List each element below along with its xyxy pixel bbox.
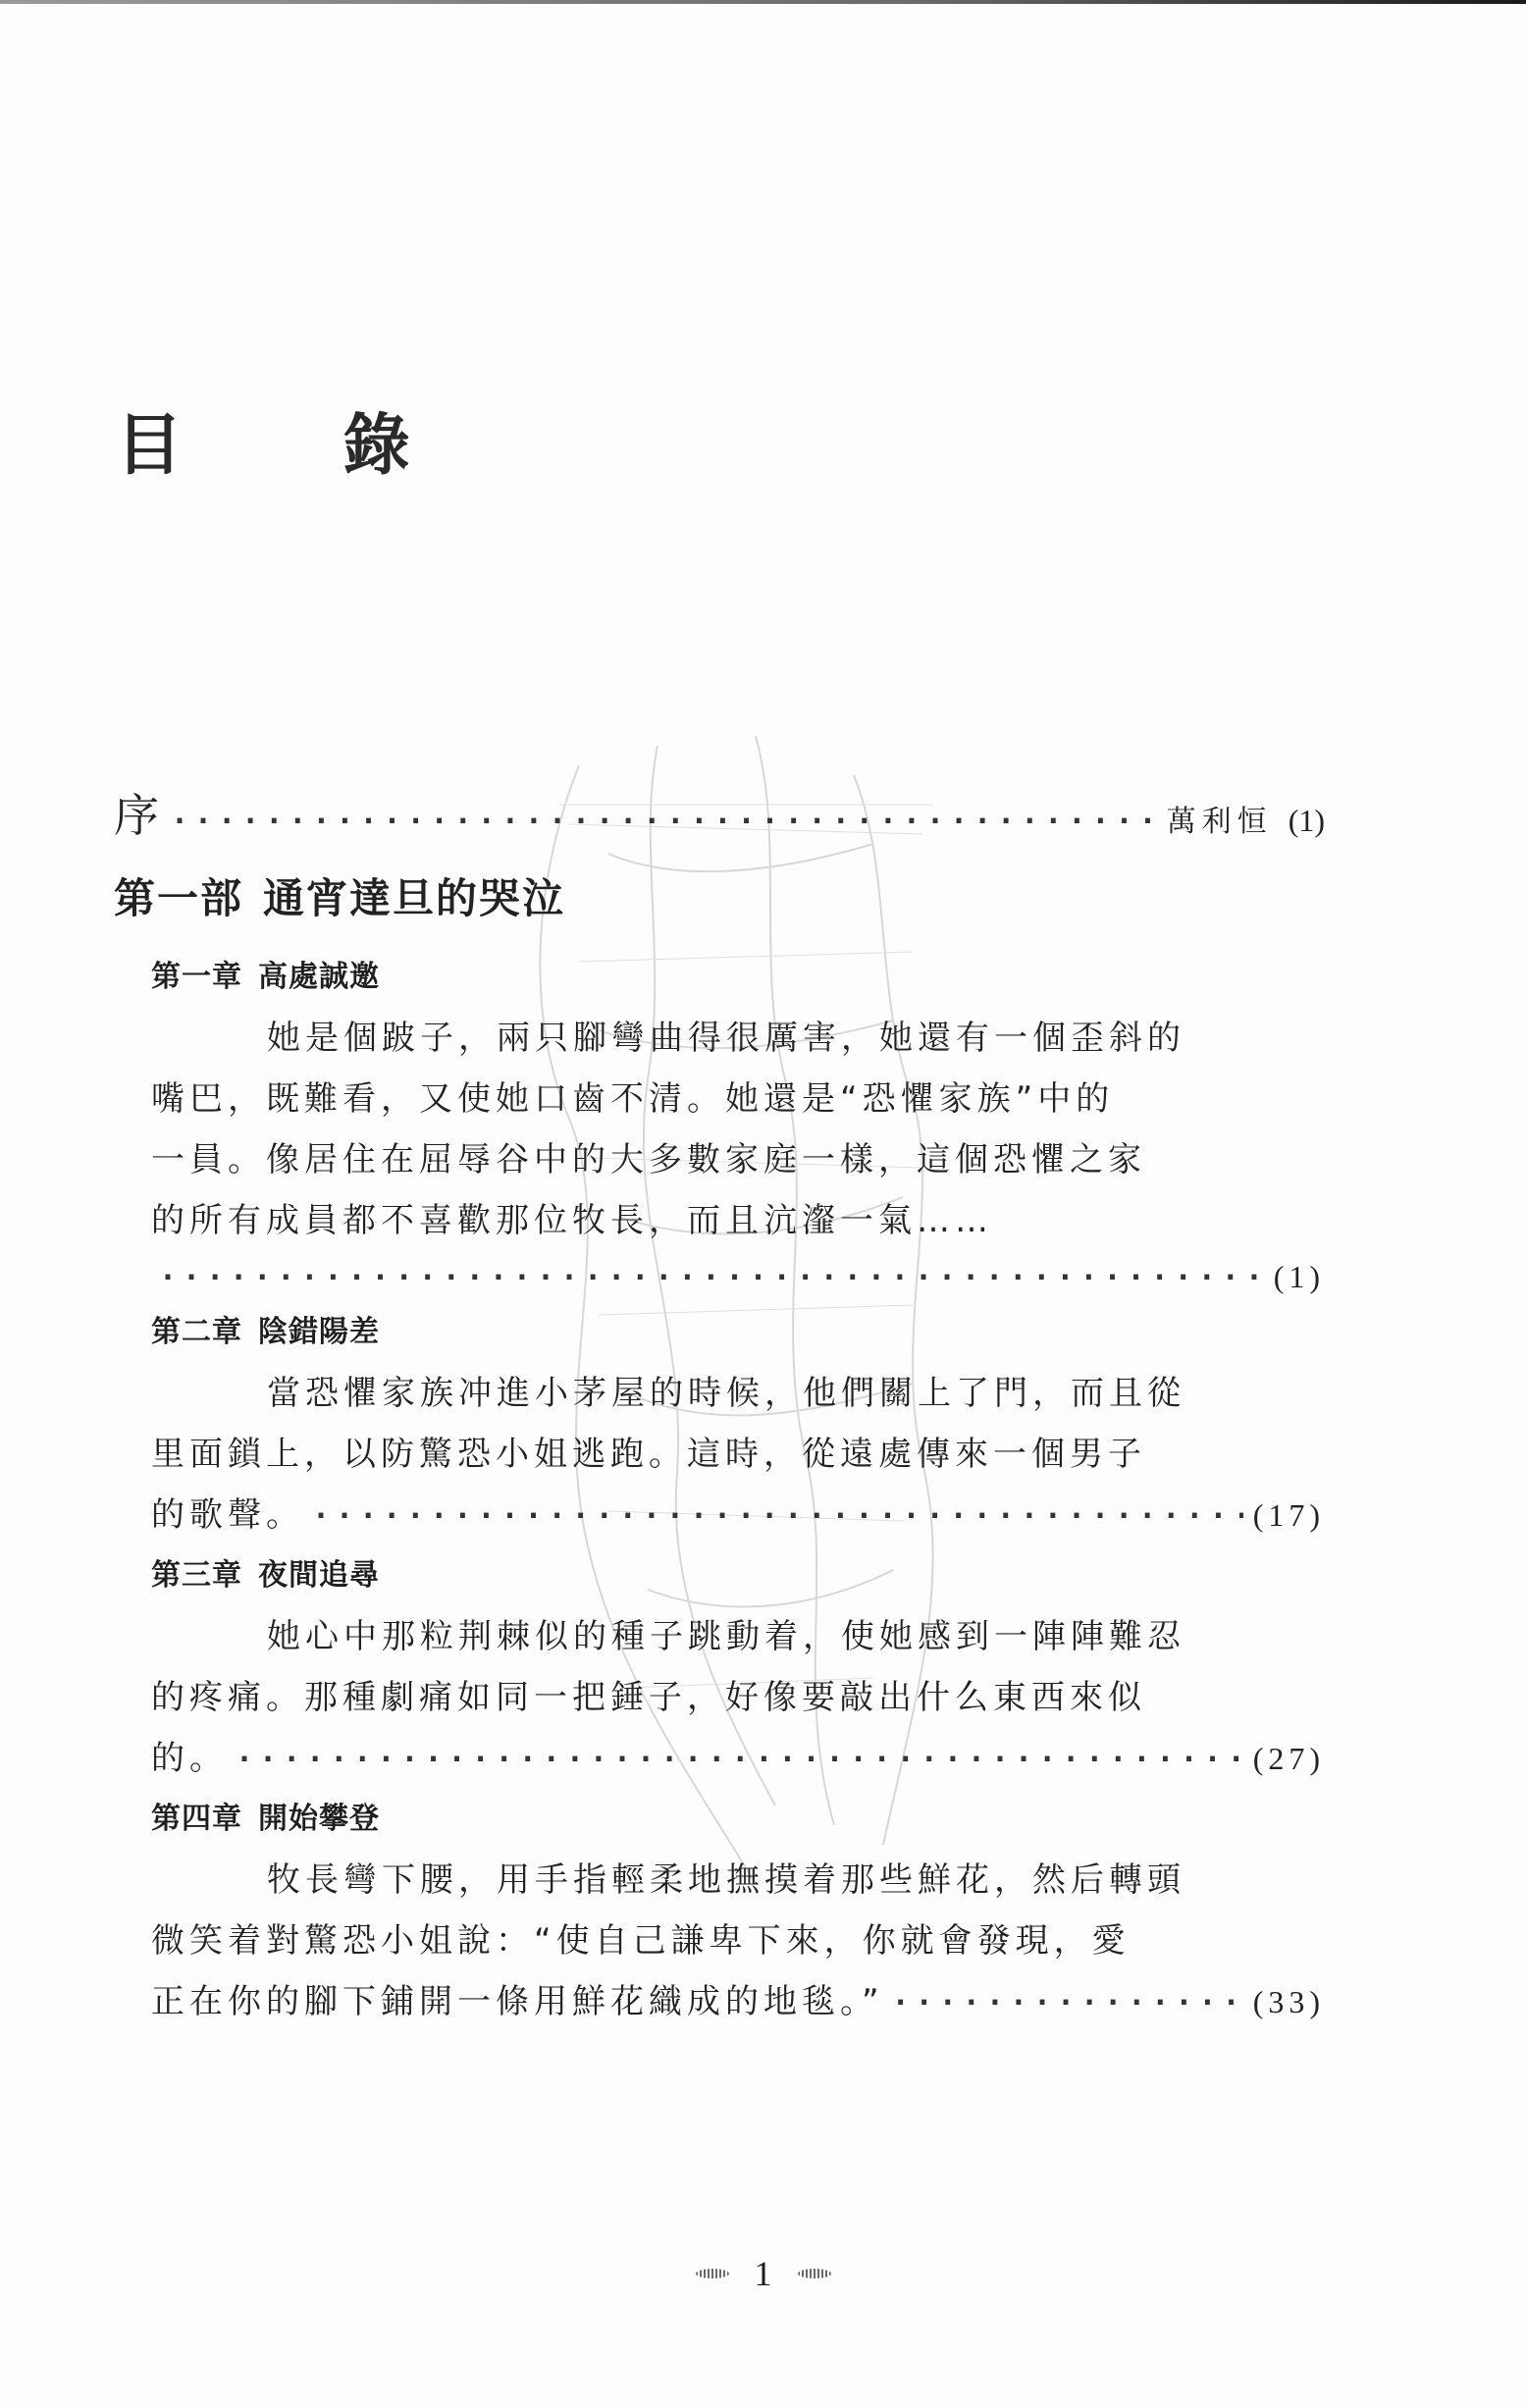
page-ref-line: 的歌聲。 (17) <box>151 1485 1325 1545</box>
summary-line: 一員。像居住在屈辱谷中的大多數家庭一樣，這個恐懼之家 <box>151 1129 1325 1190</box>
chapter-title: 陰錯陽差 <box>258 1315 380 1349</box>
page-ref: (1) <box>1274 1251 1325 1302</box>
dot-leader <box>312 1485 1243 1547</box>
part-heading: 第一部通宵達旦的哭泣 <box>114 866 1325 925</box>
chapter-heading: 第三章夜間追尋 <box>151 1545 1325 1606</box>
page-ref-line: 的。 (27) <box>151 1728 1325 1789</box>
dot-leader <box>892 1971 1243 2034</box>
toc-entry-chapter-2[interactable]: 第二章陰錯陽差 當恐懼家族冲進小茅屋的時候，他們關上了門，而且從 里面鎖上，以防… <box>151 1302 1325 1545</box>
toc-entry-preface[interactable]: 序 萬利恒 (1) <box>114 780 1325 849</box>
page-ref: (27) <box>1253 1728 1325 1789</box>
dot-leader <box>159 1251 1264 1304</box>
summary-tail: 正在你的腳下鋪開一條用鮮花織成的地毯。” <box>151 1971 884 2032</box>
chapter-number: 第一章 <box>151 960 242 994</box>
page-footer: 1 <box>0 2253 1526 2294</box>
table-of-contents: 序 萬利恒 (1) 第一部通宵達旦的哭泣 第一章高處誠邀 她是個跛子，兩只腳彎曲… <box>114 780 1325 2032</box>
dot-leader <box>171 805 1155 839</box>
page-ref: (33) <box>1253 1971 1325 2032</box>
summary-line: 里面鎖上，以防驚恐小姐逃跑。這時，從遠處傳來一個男子 <box>151 1424 1325 1485</box>
chapter-title: 開始攀登 <box>258 1802 380 1836</box>
summary-line: 牧長彎下腰，用手指輕柔地撫摸着那些鮮花，然后轉頭 <box>151 1850 1325 1911</box>
scan-top-border <box>0 0 1526 4</box>
summary-line: 的所有成員都不喜歡那位牧長，而且沆瀣一氣…… <box>151 1190 1325 1251</box>
preface-label: 序 <box>114 780 159 845</box>
chapter-heading: 第二章陰錯陽差 <box>151 1302 1325 1363</box>
summary-tail: 的。 <box>151 1728 228 1789</box>
chapter-title: 高處誠邀 <box>258 960 380 994</box>
summary-line: 她心中那粒荆棘似的種子跳動着，使她感到一陣陣難忍 <box>151 1606 1325 1667</box>
page-number: 1 <box>755 2253 772 2294</box>
preface-author: 萬利恒 <box>1167 797 1273 840</box>
summary-tail: 的歌聲。 <box>151 1485 304 1545</box>
page-ref: (17) <box>1253 1485 1325 1545</box>
summary-line: 她是個跛子，兩只腳彎曲得很厲害，她還有一個歪斜的 <box>151 1008 1325 1069</box>
chapter-summary: 牧長彎下腰，用手指輕柔地撫摸着那些鮮花，然后轉頭 微笑着對驚恐小姐說：“使自己謙… <box>151 1850 1325 2032</box>
chapter-number: 第四章 <box>151 1802 242 1836</box>
chapter-number: 第三章 <box>151 1558 242 1593</box>
page-ref: (1) <box>1289 803 1325 839</box>
chapter-summary: 她是個跛子，兩只腳彎曲得很厲害，她還有一個歪斜的 嘴巴，既難看，又使她口齒不清。… <box>151 1008 1325 1302</box>
ornament-left-icon <box>696 2269 729 2278</box>
toc-entry-chapter-4[interactable]: 第四章開始攀登 牧長彎下腰，用手指輕柔地撫摸着那些鮮花，然后轉頭 微笑着對驚恐小… <box>151 1789 1325 2032</box>
summary-line: 當恐懼家族冲進小茅屋的時候，他們關上了門，而且從 <box>151 1363 1325 1424</box>
toc-entry-chapter-1[interactable]: 第一章高處誠邀 她是個跛子，兩只腳彎曲得很厲害，她還有一個歪斜的 嘴巴，既難看，… <box>151 947 1325 1302</box>
chapter-number: 第二章 <box>151 1315 242 1349</box>
chapter-title: 夜間追尋 <box>258 1558 380 1593</box>
toc-entry-chapter-3[interactable]: 第三章夜間追尋 她心中那粒荆棘似的種子跳動着，使她感到一陣陣難忍 的疼痛。那種劇… <box>151 1545 1325 1789</box>
part-label: 第一部 <box>114 874 243 922</box>
part-title-text: 通宵達旦的哭泣 <box>263 874 565 922</box>
ornament-right-icon <box>798 2269 831 2278</box>
chapter-summary: 她心中那粒荆棘似的種子跳動着，使她感到一陣陣難忍 的疼痛。那種劇痛如同一把錘子，… <box>151 1606 1325 1789</box>
page-ref-line: (1) <box>151 1251 1325 1302</box>
summary-line: 的疼痛。那種劇痛如同一把錘子，好像要敲出什么東西來似 <box>151 1667 1325 1728</box>
chapter-summary: 當恐懼家族冲進小茅屋的時候，他們關上了門，而且從 里面鎖上，以防驚恐小姐逃跑。這… <box>151 1363 1325 1545</box>
dot-leader <box>236 1728 1243 1791</box>
chapter-heading: 第四章開始攀登 <box>151 1789 1325 1850</box>
summary-line: 嘴巴，既難看，又使她口齒不清。她還是“恐懼家族”中的 <box>151 1069 1325 1129</box>
summary-line: 微笑着對驚恐小姐說：“使自己謙卑下來，你就會發現，愛 <box>151 1911 1325 1971</box>
page-title: 目 錄 <box>116 393 479 488</box>
page-ref-line: 正在你的腳下鋪開一條用鮮花織成的地毯。” (33) <box>151 1971 1325 2032</box>
chapter-heading: 第一章高處誠邀 <box>151 947 1325 1008</box>
